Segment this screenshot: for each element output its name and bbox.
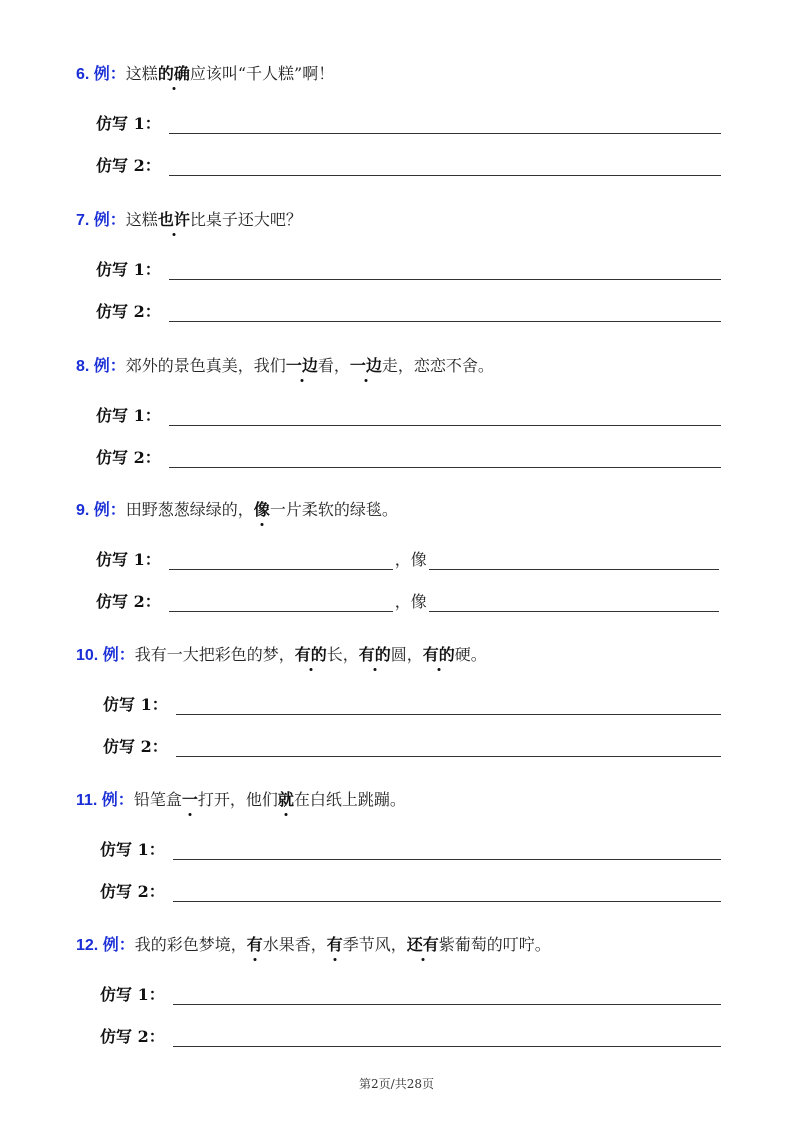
imitation-row: 仿写 2： bbox=[96, 154, 721, 176]
imitation-row: 仿写 2： bbox=[96, 300, 721, 322]
emphasized-word: 还有 bbox=[407, 935, 439, 955]
sentence-text: 看， bbox=[318, 356, 350, 375]
emphasized-word: 就 bbox=[278, 790, 294, 810]
imitation-row: 仿写 2： bbox=[100, 1025, 721, 1047]
imitation-row: 仿写 1： bbox=[96, 404, 721, 426]
sentence-text: 硬。 bbox=[455, 645, 487, 664]
imitation-label: 仿写 1： bbox=[96, 547, 161, 570]
answer-blank[interactable] bbox=[173, 883, 721, 902]
emphasized-word: 有 bbox=[247, 935, 263, 955]
imitation-row: 仿写 1： bbox=[100, 838, 721, 860]
sentence-text: 我的彩色梦境， bbox=[135, 935, 247, 954]
emphasized-word: 像 bbox=[254, 500, 270, 520]
sentence-text: 我有一大把彩色的梦， bbox=[135, 645, 295, 664]
separator-text: ，像 bbox=[393, 547, 429, 570]
sentence-text: 打开，他们 bbox=[198, 790, 278, 809]
imitation-label: 仿写 1： bbox=[103, 692, 168, 715]
imitation-row: 仿写 2： bbox=[100, 880, 721, 902]
answer-blank[interactable] bbox=[173, 841, 721, 860]
sentence-text: 郊外的景色真美，我们 bbox=[126, 356, 286, 375]
imitation-label: 仿写 1： bbox=[96, 403, 161, 426]
question-number: 12. 例： bbox=[76, 937, 135, 954]
example-sentence: 11. 例：铅笔盒一打开，他们就在白纸上跳蹦。 bbox=[76, 790, 406, 811]
emphasized-word: 一边 bbox=[350, 356, 382, 376]
answer-blank[interactable] bbox=[169, 593, 393, 612]
example-sentence: 6. 例：这糕的确应该叫“千人糕”啊！ bbox=[76, 64, 334, 85]
emphasized-word: 有的 bbox=[295, 645, 327, 665]
answer-blank[interactable] bbox=[173, 986, 721, 1005]
sentence-text: 田野葱葱绿绿的， bbox=[126, 500, 254, 519]
imitation-row: 仿写 1： bbox=[100, 983, 721, 1005]
answer-blank[interactable] bbox=[169, 551, 393, 570]
question-number: 7. 例： bbox=[76, 212, 126, 229]
imitation-label: 仿写 1： bbox=[96, 111, 161, 134]
question-number: 10. 例： bbox=[76, 647, 135, 664]
emphasized-word: 一边 bbox=[286, 356, 318, 376]
imitation-row: 仿写 2： bbox=[96, 446, 721, 468]
sentence-text: 这糕 bbox=[126, 210, 158, 229]
emphasized-word: 的确 bbox=[158, 64, 190, 84]
answer-blank[interactable] bbox=[169, 407, 721, 426]
sentence-text: 比桌子还大吧？ bbox=[190, 210, 302, 229]
page-footer: 第2页/共28页 bbox=[0, 1075, 793, 1092]
example-sentence: 9. 例：田野葱葱绿绿的，像一片柔软的绿毯。 bbox=[76, 500, 398, 521]
imitation-row: 仿写 2：，像 bbox=[96, 590, 719, 612]
example-sentence: 12. 例：我的彩色梦境，有水果香，有季节风，还有紫葡萄的叮咛。 bbox=[76, 935, 551, 956]
imitation-label: 仿写 2： bbox=[100, 1024, 165, 1047]
imitation-label: 仿写 1： bbox=[100, 982, 165, 1005]
imitation-label: 仿写 1： bbox=[96, 257, 161, 280]
sentence-text: 铅笔盒 bbox=[134, 790, 182, 809]
emphasized-word: 有 bbox=[327, 935, 343, 955]
answer-blank[interactable] bbox=[429, 593, 719, 612]
sentence-text: 在白纸上跳蹦。 bbox=[294, 790, 406, 809]
imitation-label: 仿写 2： bbox=[96, 589, 161, 612]
imitation-label: 仿写 2： bbox=[96, 153, 161, 176]
answer-blank[interactable] bbox=[429, 551, 719, 570]
sentence-text: 应该叫“千人糕”啊！ bbox=[190, 64, 334, 83]
emphasized-word: 有的 bbox=[423, 645, 455, 665]
sentence-text: 一片柔软的绿毯。 bbox=[270, 500, 398, 519]
answer-blank[interactable] bbox=[169, 449, 721, 468]
sentence-text: 季节风， bbox=[343, 935, 407, 954]
sentence-text: 长， bbox=[327, 645, 359, 664]
imitation-label: 仿写 2： bbox=[103, 734, 168, 757]
imitation-label: 仿写 2： bbox=[96, 299, 161, 322]
answer-blank[interactable] bbox=[173, 1028, 721, 1047]
answer-blank[interactable] bbox=[169, 303, 721, 322]
sentence-text: 走，恋恋不舍。 bbox=[382, 356, 494, 375]
sentence-text: 水果香， bbox=[263, 935, 327, 954]
example-sentence: 7. 例：这糕也许比桌子还大吧？ bbox=[76, 210, 302, 231]
question-number: 9. 例： bbox=[76, 502, 126, 519]
question-number: 8. 例： bbox=[76, 358, 126, 375]
example-sentence: 10. 例：我有一大把彩色的梦，有的长，有的圆，有的硬。 bbox=[76, 645, 487, 666]
imitation-row: 仿写 2： bbox=[103, 735, 721, 757]
imitation-row: 仿写 1： bbox=[96, 258, 721, 280]
answer-blank[interactable] bbox=[169, 261, 721, 280]
question-number: 11. 例： bbox=[76, 792, 134, 809]
sentence-text: 圆， bbox=[391, 645, 423, 664]
sentence-text: 这糕 bbox=[126, 64, 158, 83]
emphasized-word: 一 bbox=[182, 790, 198, 810]
emphasized-word: 也许 bbox=[158, 210, 190, 230]
separator-text: ，像 bbox=[393, 589, 429, 612]
imitation-row: 仿写 1：，像 bbox=[96, 548, 719, 570]
imitation-row: 仿写 1： bbox=[103, 693, 721, 715]
answer-blank[interactable] bbox=[169, 157, 721, 176]
imitation-label: 仿写 1： bbox=[100, 837, 165, 860]
emphasized-word: 有的 bbox=[359, 645, 391, 665]
imitation-label: 仿写 2： bbox=[100, 879, 165, 902]
imitation-label: 仿写 2： bbox=[96, 445, 161, 468]
answer-blank[interactable] bbox=[176, 696, 721, 715]
question-number: 6. 例： bbox=[76, 66, 126, 83]
answer-blank[interactable] bbox=[176, 738, 721, 757]
example-sentence: 8. 例：郊外的景色真美，我们一边看，一边走，恋恋不舍。 bbox=[76, 356, 494, 377]
imitation-row: 仿写 1： bbox=[96, 112, 721, 134]
answer-blank[interactable] bbox=[169, 115, 721, 134]
sentence-text: 紫葡萄的叮咛。 bbox=[439, 935, 551, 954]
